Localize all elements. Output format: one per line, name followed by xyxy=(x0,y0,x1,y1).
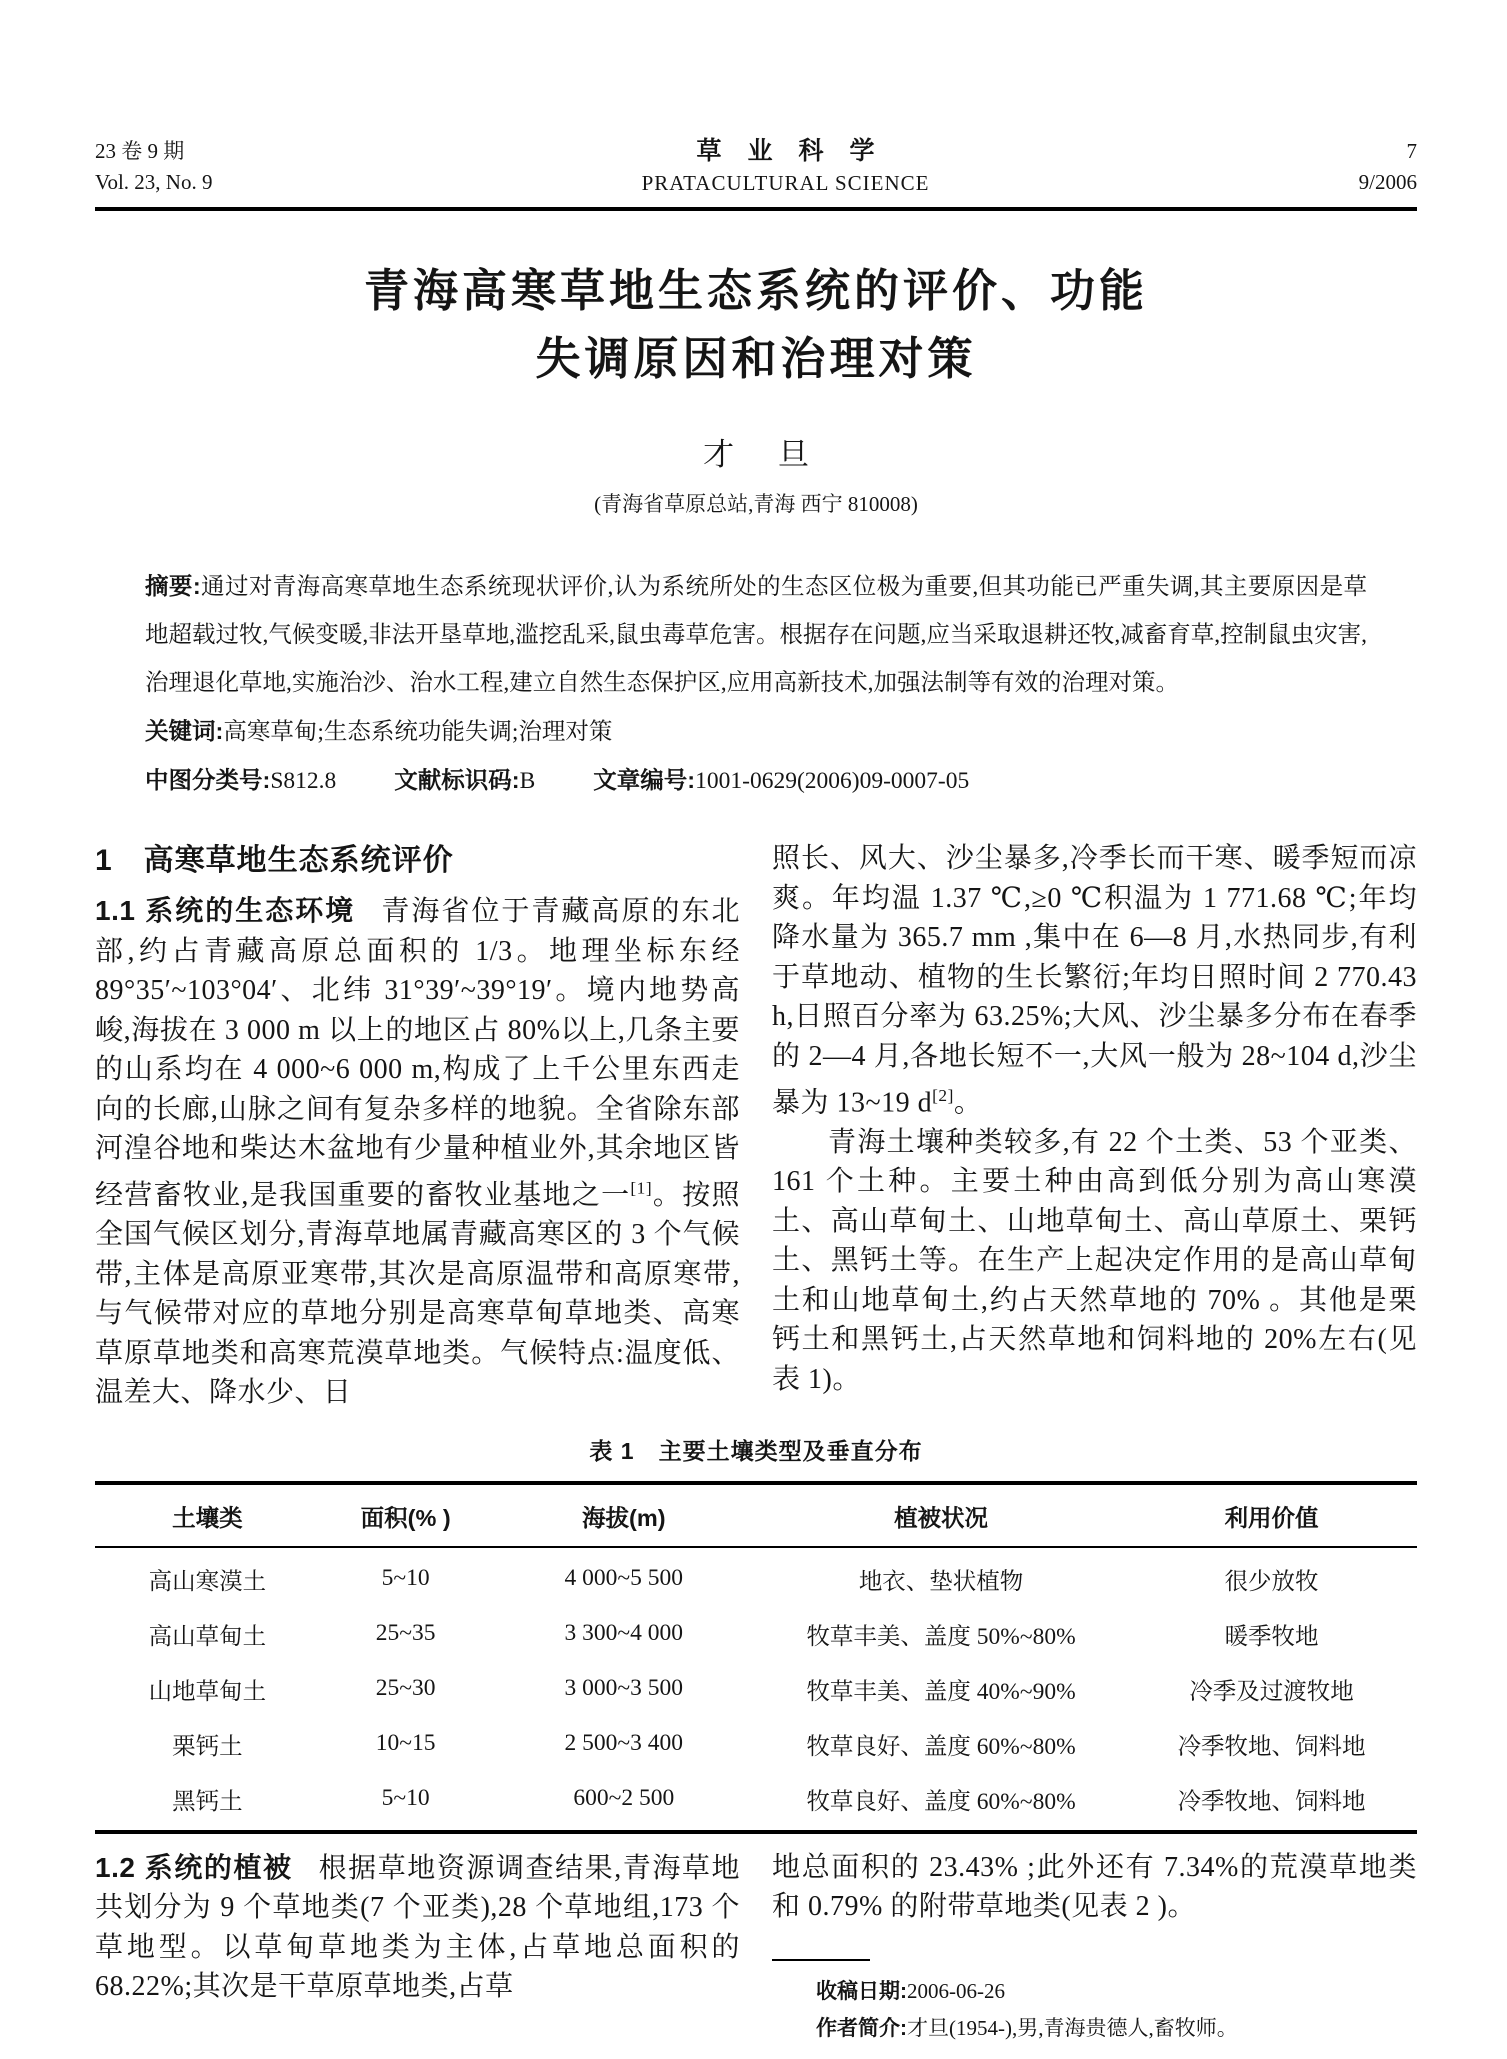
author-bio-value: 才旦(1954-),男,青海贵德人,畜牧师。 xyxy=(907,2016,1238,2040)
section-1-2-paragraph: 1.2 系统的植被根据草地资源调查结果,青海草地共划分为 9 个草地类(7 个亚… xyxy=(95,1848,740,2007)
abstract-label: 摘要: xyxy=(145,573,201,599)
table-cell: 地衣、垫状植物 xyxy=(756,1547,1126,1607)
author-bio-line: 作者简介:才旦(1954-),男,青海贵德人,畜牧师。 xyxy=(772,2010,1417,2047)
section-1-2-label: 1.2 系统的植被 xyxy=(95,1852,293,1883)
article-title-line2: 失调原因和治理对策 xyxy=(95,325,1417,393)
table-1-caption: 表 1 主要土壤类型及垂直分布 xyxy=(95,1433,1417,1466)
abstract-text: 通过对青海高寒草地生态系统现状评价,认为系统所处的生态区位极为重要,但其功能已严… xyxy=(145,574,1367,696)
header-divider xyxy=(95,207,1417,211)
doc-code-label: 文献标识码: xyxy=(394,767,519,793)
article-title: 青海高寒草地生态系统的评价、功能 失调原因和治理对策 xyxy=(95,257,1417,393)
right-column-bottom: 地总面积的 23.43% ;此外还有 7.34%的荒漠草地类和 0.79% 的附… xyxy=(772,1848,1417,2047)
section-1-1-paragraph: 1.1 系统的生态环境青海省位于青藏高原的东北部,约占青藏高原总面积的 1/3。… xyxy=(95,891,740,1413)
journal-page: 23 卷 9 期 Vol. 23, No. 9 草业科学 PRATACULTUR… xyxy=(0,0,1507,2059)
column-header: 海拔(m) xyxy=(492,1483,756,1547)
article-id-value: 1001-0629(2006)09-0007-05 xyxy=(695,768,969,794)
received-date-line: 收稿日期:2006-06-26 xyxy=(772,1973,1417,2010)
abstract: 摘要:通过对青海高寒草地生态系统现状评价,认为系统所处的生态区位极为重要,但其功… xyxy=(145,562,1367,707)
page-number: 7 xyxy=(1359,136,1417,167)
body-columns-top: 1 高寒草地生态系统评价 1.1 系统的生态环境青海省位于青藏高原的东北部,约占… xyxy=(95,839,1417,1413)
page-content: 23 卷 9 期 Vol. 23, No. 9 草业科学 PRATACULTUR… xyxy=(95,0,1417,2047)
table-cell: 高山寒漠土 xyxy=(95,1547,320,1607)
table-cell: 黑钙土 xyxy=(95,1771,320,1832)
table-cell: 山地草甸土 xyxy=(95,1661,320,1716)
right-column: 照长、风大、沙尘暴多,冷季长而干寒、暖季短而凉爽。年均温 1.37 ℃,≥0 ℃… xyxy=(772,839,1417,1413)
table-cell: 冷季牧地、饲料地 xyxy=(1126,1716,1417,1771)
keywords-label: 关键词: xyxy=(145,718,223,744)
column-header: 植被状况 xyxy=(756,1483,1126,1547)
doc-code-value: B xyxy=(520,768,536,794)
table-cell: 很少放牧 xyxy=(1126,1547,1417,1607)
table-cell: 暖季牧地 xyxy=(1126,1606,1417,1661)
table-row: 黑钙土5~10600~2 500牧草良好、盖度 60%~80%冷季牧地、饲料地 xyxy=(95,1771,1417,1832)
table-cell: 3 000~3 500 xyxy=(492,1661,756,1716)
document-code: 文献标识码:B xyxy=(394,756,535,805)
header-page-block: 7 9/2006 xyxy=(1359,136,1417,198)
volume-issue-cn: 23 卷 9 期 xyxy=(95,136,212,167)
table-row: 高山寒漠土5~104 000~5 500地衣、垫状植物很少放牧 xyxy=(95,1547,1417,1607)
clc-value: S812.8 xyxy=(270,768,336,794)
first-page-footnote: 收稿日期:2006-06-26 作者简介:才旦(1954-),男,青海贵德人,畜… xyxy=(772,1959,1417,2047)
article-id: 文章编号:1001-0629(2006)09-0007-05 xyxy=(593,756,969,805)
section-1-1-label: 1.1 系统的生态环境 xyxy=(95,895,355,926)
table-cell: 25~35 xyxy=(320,1606,492,1661)
left-column-bottom: 1.2 系统的植被根据草地资源调查结果,青海草地共划分为 9 个草地类(7 个亚… xyxy=(95,1848,740,2047)
table1-body: 高山寒漠土5~104 000~5 500地衣、垫状植物很少放牧高山草甸土25~3… xyxy=(95,1547,1417,1832)
section-1-heading: 1 高寒草地生态系统评价 xyxy=(95,839,740,883)
table-cell: 600~2 500 xyxy=(492,1771,756,1832)
table-cell: 4 000~5 500 xyxy=(492,1547,756,1607)
section-1-1-continued: 照长、风大、沙尘暴多,冷季长而干寒、暖季短而凉爽。年均温 1.37 ℃,≥0 ℃… xyxy=(772,839,1417,1123)
volume-issue-en: Vol. 23, No. 9 xyxy=(95,167,212,198)
section-1-1-text: 青海省位于青藏高原的东北部,约占青藏高原总面积的 1/3。地理坐标东经 89°3… xyxy=(95,896,740,1408)
table-cell: 25~30 xyxy=(320,1661,492,1716)
table-cell: 5~10 xyxy=(320,1771,492,1832)
received-date-label: 收稿日期: xyxy=(816,1980,907,2003)
classification-line: 中图分类号:S812.8 文献标识码:B 文章编号:1001-0629(2006… xyxy=(145,756,1367,805)
journal-header: 23 卷 9 期 Vol. 23, No. 9 草业科学 PRATACULTUR… xyxy=(95,0,1417,198)
journal-title-en: PRATACULTURAL SCIENCE xyxy=(642,168,930,198)
body-columns-bottom: 1.2 系统的植被根据草地资源调查结果,青海草地共划分为 9 个草地类(7 个亚… xyxy=(95,1848,1417,2047)
table-1-block: 表 1 主要土壤类型及垂直分布 土壤类面积(% )海拔(m)植被状况利用价值 高… xyxy=(95,1433,1417,1834)
table-cell: 冷季及过渡牧地 xyxy=(1126,1661,1417,1716)
table-row: 高山草甸土25~353 300~4 000牧草丰美、盖度 50%~80%暖季牧地 xyxy=(95,1606,1417,1661)
header-journal-block: 草业科学 PRATACULTURAL SCIENCE xyxy=(642,136,930,198)
table-cell: 10~15 xyxy=(320,1716,492,1771)
received-date-value: 2006-06-26 xyxy=(907,1979,1005,2003)
table-cell: 2 500~3 400 xyxy=(492,1716,756,1771)
footnote-divider xyxy=(772,1959,870,1961)
table-cell: 牧草丰美、盖度 40%~90% xyxy=(756,1661,1126,1716)
table-cell: 5~10 xyxy=(320,1547,492,1607)
table-cell: 高山草甸土 xyxy=(95,1606,320,1661)
author-affiliation: (青海省草原总站,青海 西宁 810008) xyxy=(95,488,1417,518)
keywords: 关键词:高寒草甸;生态系统功能失调;治理对策 xyxy=(145,707,1367,756)
header-volume-block: 23 卷 9 期 Vol. 23, No. 9 xyxy=(95,136,212,198)
soil-types-paragraph: 青海土壤种类较多,有 22 个土类、53 个亚类、161 个土种。主要土种由高到… xyxy=(772,1123,1417,1400)
column-header: 面积(% ) xyxy=(320,1483,492,1547)
journal-title-cn: 草业科学 xyxy=(642,136,930,168)
table1-head-row: 土壤类面积(% )海拔(m)植被状况利用价值 xyxy=(95,1483,1417,1547)
table-cell: 牧草良好、盖度 60%~80% xyxy=(756,1716,1126,1771)
issue-date: 9/2006 xyxy=(1359,167,1417,198)
author-bio-label: 作者简介: xyxy=(816,2017,907,2040)
section-1-2-continued: 地总面积的 23.43% ;此外还有 7.34%的荒漠草地类和 0.79% 的附… xyxy=(772,1848,1417,1927)
table-cell: 冷季牧地、饲料地 xyxy=(1126,1771,1417,1832)
table-row: 栗钙土10~152 500~3 400牧草良好、盖度 60%~80%冷季牧地、饲… xyxy=(95,1716,1417,1771)
clc-number: 中图分类号:S812.8 xyxy=(145,756,336,805)
table-1-head: 土壤类面积(% )海拔(m)植被状况利用价值 xyxy=(95,1483,1417,1547)
article-title-line1: 青海高寒草地生态系统的评价、功能 xyxy=(95,257,1417,325)
article-id-label: 文章编号: xyxy=(593,767,695,793)
keywords-text: 高寒草甸;生态系统功能失调;治理对策 xyxy=(223,719,612,745)
table-cell: 栗钙土 xyxy=(95,1716,320,1771)
left-column: 1 高寒草地生态系统评价 1.1 系统的生态环境青海省位于青藏高原的东北部,约占… xyxy=(95,839,740,1413)
table-cell: 牧草良好、盖度 60%~80% xyxy=(756,1771,1126,1832)
table-1: 土壤类面积(% )海拔(m)植被状况利用价值 高山寒漠土5~104 000~5 … xyxy=(95,1481,1417,1834)
column-header: 土壤类 xyxy=(95,1483,320,1547)
author-name: 才 旦 xyxy=(95,429,1417,474)
table-cell: 牧草丰美、盖度 50%~80% xyxy=(756,1606,1126,1661)
table-row: 山地草甸土25~303 000~3 500牧草丰美、盖度 40%~90%冷季及过… xyxy=(95,1661,1417,1716)
clc-label: 中图分类号: xyxy=(145,767,270,793)
table-cell: 3 300~4 000 xyxy=(492,1606,756,1661)
column-header: 利用价值 xyxy=(1126,1483,1417,1547)
